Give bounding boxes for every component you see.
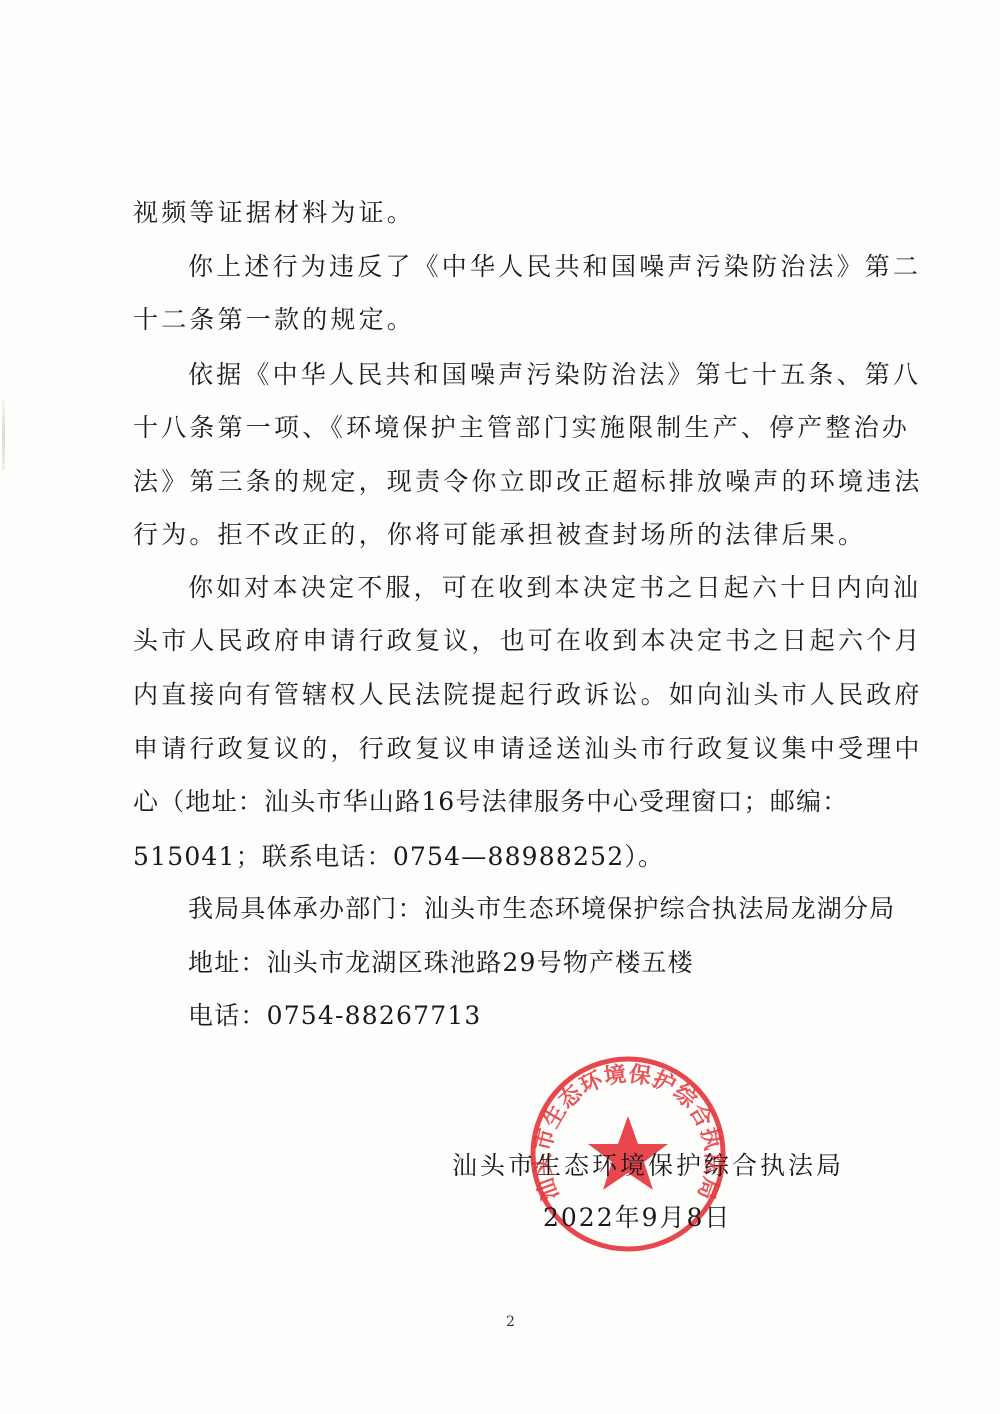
department-line: 我局具体承办部门：汕头市生态环境保护综合执法局龙湖分局 bbox=[188, 894, 938, 924]
body-line: 行为。拒不改正的，你将可能承担被查封场所的法律后果。 bbox=[133, 520, 883, 550]
body-line: 视频等证据材料为证。 bbox=[133, 198, 883, 228]
body-line: 515041；联系电话：0754—88988252）。 bbox=[133, 842, 883, 872]
scan-artifact bbox=[2, 400, 5, 470]
body-line: 内直接向有管辖权人民法院提起行政诉讼。如向汕头市人民政府 bbox=[133, 680, 883, 710]
body-line: 申请行政复议的，行政复议申请迳送汕头市行政复议集中受理中 bbox=[133, 734, 883, 764]
phone-line: 电话：0754-88267713 bbox=[188, 1001, 938, 1031]
body-line: 心（地址：汕头市华山路16号法律服务中心受理窗口；邮编： bbox=[133, 787, 883, 817]
body-line: 你如对本决定不服，可在收到本决定书之日起六十日内向汕 bbox=[188, 573, 938, 603]
document-page: 视频等证据材料为证。 你上述行为违反了《中华人民共和国噪声污染防治法》第二 十二… bbox=[0, 0, 1000, 1414]
body-line: 十八条第一项、《环境保护主管部门实施限制生产、停产整治办 bbox=[133, 413, 883, 443]
page-number: 2 bbox=[506, 1314, 515, 1330]
signature-date: 2022年9月8日 bbox=[543, 1203, 731, 1233]
body-line: 你上述行为违反了《中华人民共和国噪声污染防治法》第二 bbox=[188, 252, 938, 282]
signer-name: 汕头市生态环境保护综合执法局 bbox=[452, 1151, 844, 1181]
body-line: 头市人民政府申请行政复议，也可在收到本决定书之日起六个月 bbox=[133, 626, 883, 656]
address-line: 地址：汕头市龙湖区珠池路29号物产楼五楼 bbox=[188, 948, 938, 978]
body-line: 依据《中华人民共和国噪声污染防治法》第七十五条、第八 bbox=[188, 360, 938, 390]
body-line: 十二条第一款的规定。 bbox=[133, 305, 883, 335]
body-line: 法》第三条的规定，现责令你立即改正超标排放噪声的环境违法 bbox=[133, 467, 883, 497]
